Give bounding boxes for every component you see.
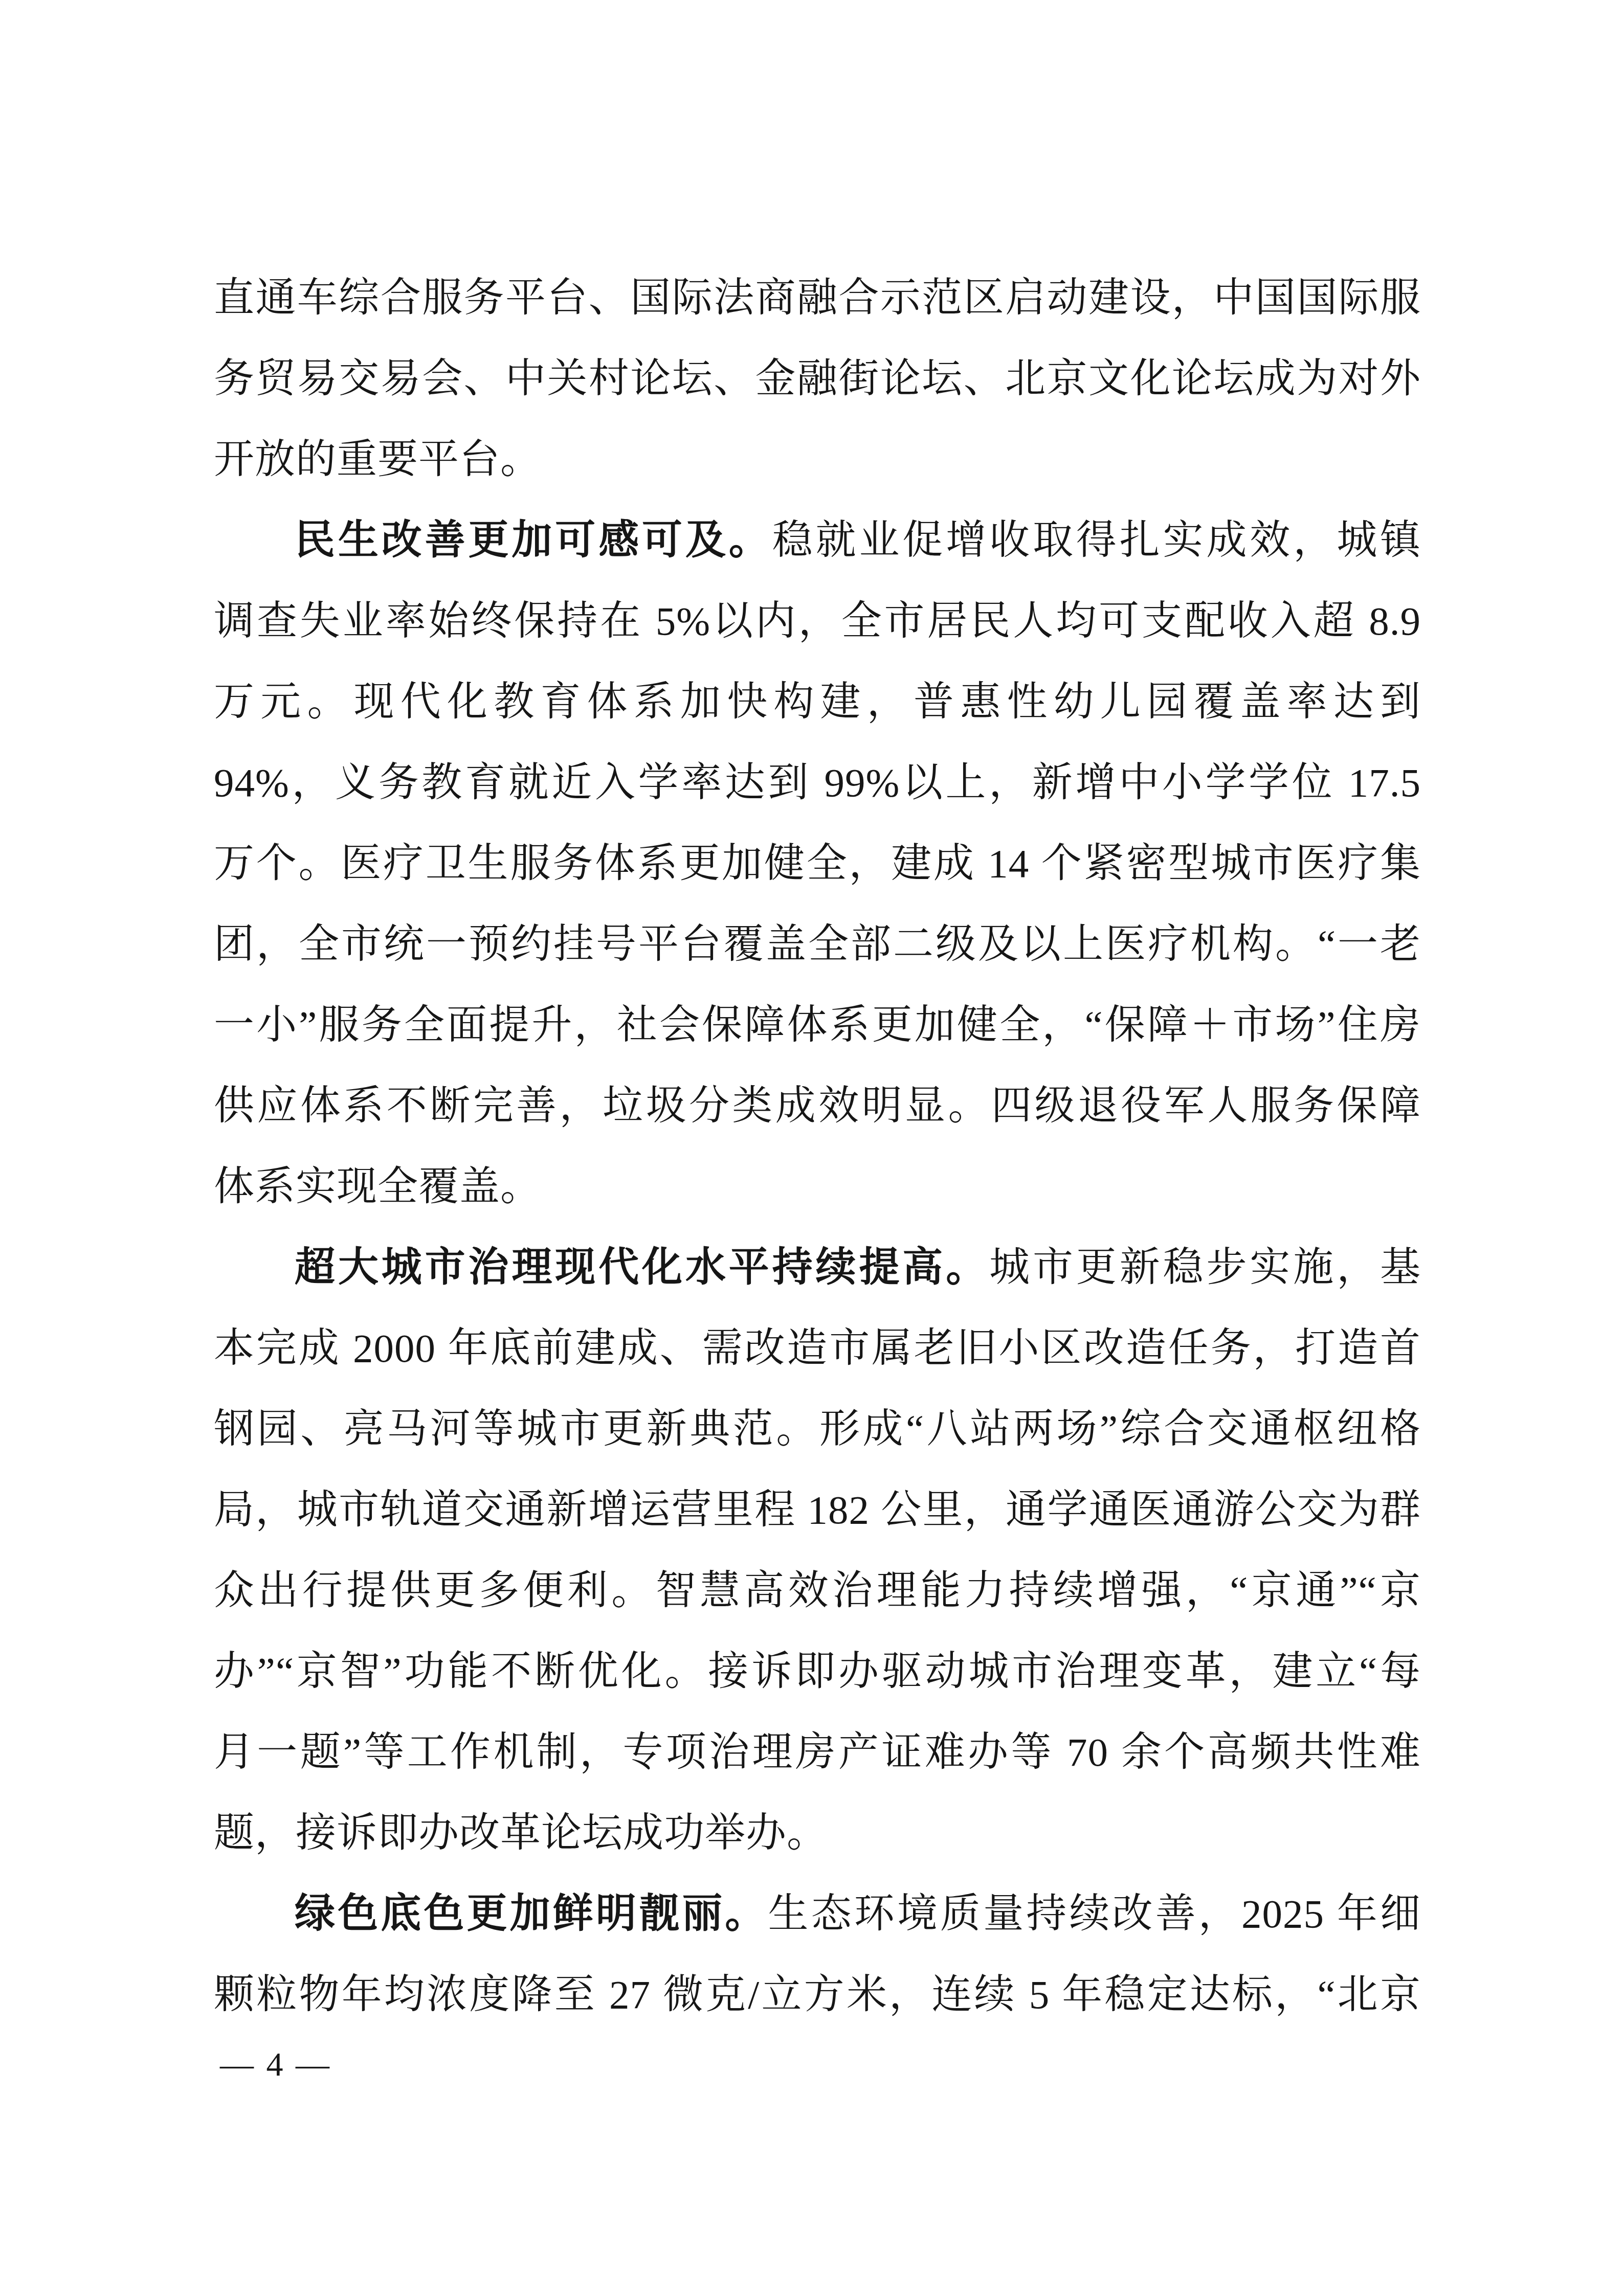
text-run: 办”“京智”功能不断优化。接诉即办驱动城市治理变革，建立“每 bbox=[214, 1650, 1421, 1694]
bold-text-run: 超大城市治理现代化水平持续提高。 bbox=[295, 1246, 989, 1290]
text-run: 94%，义务教育就近入学率达到 99%以上，新增中小学学位 17.5 bbox=[214, 761, 1421, 805]
text-line: 绿色底色更加鲜明靓丽。生态环境质量持续改善，2025 年细 bbox=[214, 1874, 1421, 1955]
text-run: 供应体系不断完善，垃圾分类成效明显。四级退役军人服务保障 bbox=[214, 1084, 1421, 1129]
text-line: 众出行提供更多便利。智慧高效治理能力持续增强，“京通”“京 bbox=[214, 1551, 1421, 1632]
text-run: 局，城市轨道交通新增运营里程 182 公里，通学通医通游公交为群 bbox=[214, 1488, 1421, 1533]
document-page: 直通车综合服务平台、国际法商融合示范区启动建设，中国国际服务贸易交易会、中关村论… bbox=[0, 0, 1624, 2296]
text-line: 万元。现代化教育体系加快构建，普惠性幼儿园覆盖率达到 bbox=[214, 662, 1421, 743]
text-line: 超大城市治理现代化水平持续提高。城市更新稳步实施，基 bbox=[214, 1228, 1421, 1309]
text-line: 题，接诉即办改革论坛成功举办。 bbox=[214, 1793, 1421, 1874]
document-body: 直通车综合服务平台、国际法商融合示范区启动建设，中国国际服务贸易交易会、中关村论… bbox=[214, 258, 1421, 2036]
text-run: 万个。医疗卫生服务体系更加健全，建成 14 个紧密型城市医疗集 bbox=[214, 842, 1421, 886]
text-line: 办”“京智”功能不断优化。接诉即办驱动城市治理变革，建立“每 bbox=[214, 1632, 1421, 1713]
text-run: 稳就业促增收取得扎实成效，城镇 bbox=[772, 519, 1421, 563]
text-line: 钢园、亮马河等城市更新典范。形成“八站两场”综合交通枢纽格 bbox=[214, 1389, 1421, 1470]
text-run: 调查失业率始终保持在 5%以内，全市居民人均可支配收入超 8.9 bbox=[214, 599, 1421, 644]
text-line: 体系实现全覆盖。 bbox=[214, 1147, 1421, 1228]
text-line: 月一题”等工作机制，专项治理房产证难办等 70 余个高频共性难 bbox=[214, 1713, 1421, 1793]
text-line: 开放的重要平台。 bbox=[214, 420, 1421, 501]
text-line: 本完成 2000 年底前建成、需改造市属老旧小区改造任务，打造首 bbox=[214, 1309, 1421, 1389]
text-run: 题，接诉即办改革论坛成功举办。 bbox=[214, 1811, 828, 1856]
text-line: 一小”服务全面提升，社会保障体系更加健全，“保障＋市场”住房 bbox=[214, 985, 1421, 1066]
text-run: 月一题”等工作机制，专项治理房产证难办等 70 余个高频共性难 bbox=[214, 1730, 1421, 1775]
text-run: 生态环境质量持续改善，2025 年细 bbox=[768, 1892, 1421, 1937]
text-run: 务贸易交易会、中关村论坛、金融街论坛、北京文化论坛成为对外 bbox=[214, 357, 1421, 401]
text-run: 众出行提供更多便利。智慧高效治理能力持续增强，“京通”“京 bbox=[214, 1569, 1421, 1613]
text-run: 开放的重要平台。 bbox=[214, 438, 541, 482]
text-run: 体系实现全覆盖。 bbox=[214, 1165, 541, 1209]
bold-text-run: 绿色底色更加鲜明靓丽。 bbox=[295, 1892, 768, 1937]
text-line: 供应体系不断完善，垃圾分类成效明显。四级退役军人服务保障 bbox=[214, 1066, 1421, 1147]
text-run: 钢园、亮马河等城市更新典范。形成“八站两场”综合交通枢纽格 bbox=[214, 1407, 1421, 1452]
text-run: 城市更新稳步实施，基 bbox=[989, 1246, 1421, 1290]
text-run: 团，全市统一预约挂号平台覆盖全部二级及以上医疗机构。“一老 bbox=[214, 922, 1421, 967]
text-line: 团，全市统一预约挂号平台覆盖全部二级及以上医疗机构。“一老 bbox=[214, 905, 1421, 985]
text-line: 务贸易交易会、中关村论坛、金融街论坛、北京文化论坛成为对外 bbox=[214, 339, 1421, 420]
text-run: 颗粒物年均浓度降至 27 微克/立方米，连续 5 年稳定达标，“北京 bbox=[214, 1973, 1421, 2017]
text-line: 万个。医疗卫生服务体系更加健全，建成 14 个紧密型城市医疗集 bbox=[214, 824, 1421, 905]
text-line: 直通车综合服务平台、国际法商融合示范区启动建设，中国国际服 bbox=[214, 258, 1421, 339]
text-run: 本完成 2000 年底前建成、需改造市属老旧小区改造任务，打造首 bbox=[214, 1326, 1421, 1371]
text-run: 直通车综合服务平台、国际法商融合示范区启动建设，中国国际服 bbox=[214, 276, 1421, 321]
text-line: 局，城市轨道交通新增运营里程 182 公里，通学通医通游公交为群 bbox=[214, 1470, 1421, 1551]
text-line: 民生改善更加可感可及。稳就业促增收取得扎实成效，城镇 bbox=[214, 501, 1421, 581]
text-run: 万元。现代化教育体系加快构建，普惠性幼儿园覆盖率达到 bbox=[214, 680, 1421, 725]
text-line: 94%，义务教育就近入学率达到 99%以上，新增中小学学位 17.5 bbox=[214, 743, 1421, 824]
text-line: 调查失业率始终保持在 5%以内，全市居民人均可支配收入超 8.9 bbox=[214, 581, 1421, 662]
text-run: 一小”服务全面提升，社会保障体系更加健全，“保障＋市场”住房 bbox=[214, 1003, 1421, 1048]
page-number: — 4 — bbox=[220, 2039, 331, 2090]
text-line: 颗粒物年均浓度降至 27 微克/立方米，连续 5 年稳定达标，“北京 bbox=[214, 1955, 1421, 2036]
bold-text-run: 民生改善更加可感可及。 bbox=[295, 519, 772, 563]
